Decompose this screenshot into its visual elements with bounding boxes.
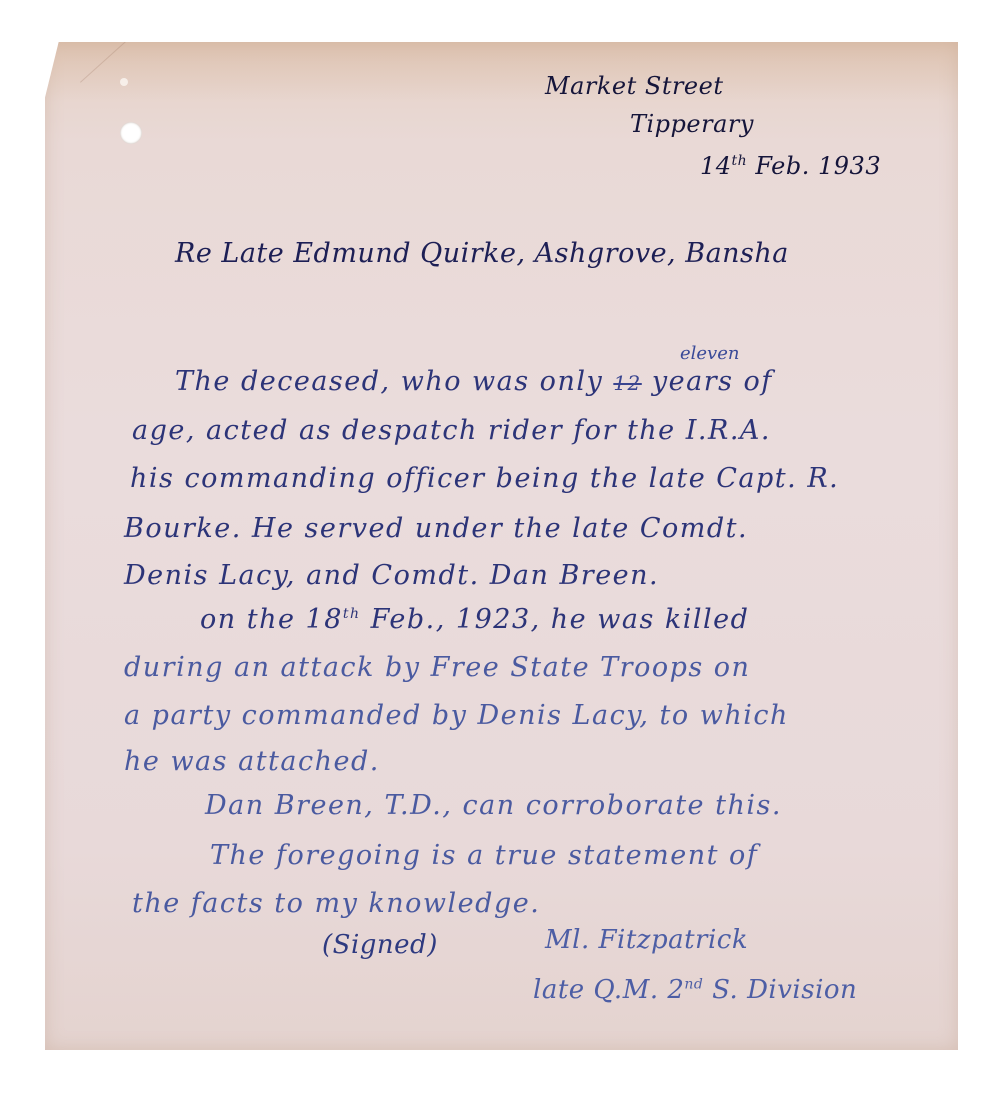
body-line-1: The deceased, who was only 12 years of <box>175 366 773 397</box>
date-day-suffix: th <box>732 153 748 169</box>
signatory-title-end: S. Division <box>712 975 857 1005</box>
signatory-title: late Q.M. 2nd S. Division <box>533 975 857 1005</box>
struck-out-number: 12 <box>613 371 641 395</box>
body-line-3: his commanding officer being the late Ca… <box>130 463 839 494</box>
body-line-2: age, acted as despatch rider for the I.R… <box>132 415 771 446</box>
body-line-6-suffix: th <box>343 606 361 622</box>
signatory-title-suffix: nd <box>684 976 703 992</box>
date-rest: Feb. 1933 <box>755 152 881 180</box>
body-line-10: Dan Breen, T.D., can corroborate this. <box>205 790 782 821</box>
address-line-2: Tipperary <box>630 110 754 138</box>
letter-date: 14th Feb. 1933 <box>700 152 881 180</box>
body-line-8: a party commanded by Denis Lacy, to whic… <box>124 700 789 731</box>
body-line-6-end: Feb., 1923, he was killed <box>371 604 750 635</box>
paper-crease <box>80 8 236 164</box>
body-line-9: he was attached. <box>124 746 380 777</box>
body-line-1-start: The deceased, who was only <box>175 366 603 397</box>
body-line-4: Bourke. He served under the late Comdt. <box>124 513 748 544</box>
punch-hole <box>120 122 142 144</box>
letter-subject: Re Late Edmund Quirke, Ashgrove, Bansha <box>175 238 789 269</box>
body-line-1-end: years of <box>652 366 773 397</box>
body-line-12: the facts to my knowledge. <box>132 888 540 919</box>
signatory-title-start: late Q.M. 2 <box>533 975 684 1005</box>
date-day: 14 <box>700 152 732 180</box>
signed-label: (Signed) <box>322 930 438 960</box>
small-punch-hole <box>120 78 128 86</box>
body-line-6-start: on the 18 <box>200 604 343 635</box>
body-line-5: Denis Lacy, and Comdt. Dan Breen. <box>124 560 659 591</box>
address-line-1: Market Street <box>545 72 723 100</box>
body-line-6: on the 18th Feb., 1923, he was killed <box>200 604 749 635</box>
signature-name: Ml. Fitzpatrick <box>545 925 748 955</box>
inserted-word: eleven <box>680 343 739 364</box>
body-line-11: The foregoing is a true statement of <box>210 840 758 871</box>
body-line-7: during an attack by Free State Troops on <box>124 652 750 683</box>
